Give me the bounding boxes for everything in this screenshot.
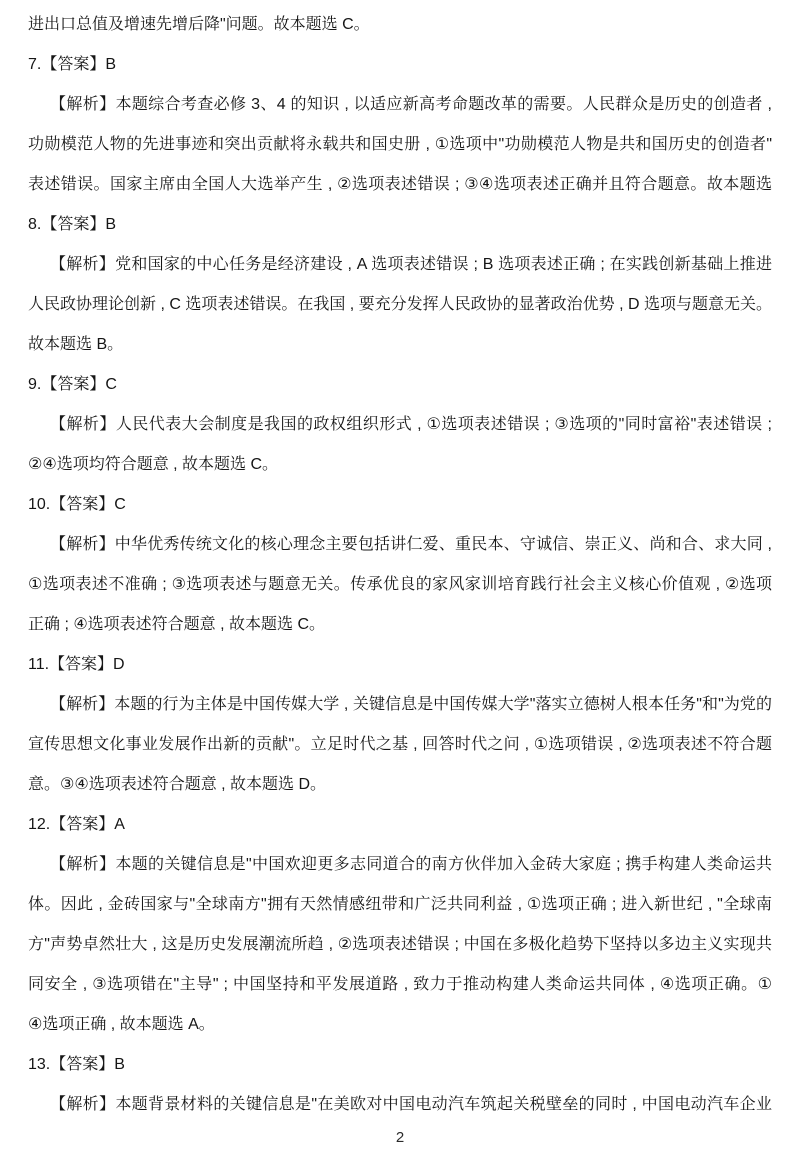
text-line: ④选项正确 , 故本题选 A。 <box>28 1005 772 1045</box>
text-line: ②④选项均符合题意 , 故本题选 C。 <box>28 445 772 485</box>
text-line: 意。③④选项表述符合题意 , 故本题选 D。 <box>28 765 772 805</box>
page-number: 2 <box>0 1124 800 1152</box>
answer-line: 9.【答案】C <box>28 365 772 405</box>
text-line: 进出口总值及增速先增后降"问题。故本题选 C。 <box>28 5 772 45</box>
answer-line: 7.【答案】B <box>28 45 772 85</box>
text-line: ①选项表述不准确 ; ③选项表述与题意无关。传承优良的家风家训培育践行社会主义核… <box>28 565 772 605</box>
text-line: 故本题选 B。 <box>28 325 772 365</box>
answer-line: 13.【答案】B <box>28 1045 772 1085</box>
analysis-line: 【解析】本题的关键信息是"中国欢迎更多志同道合的南方伙伴加入金砖大家庭 ; 携手… <box>28 845 772 885</box>
text-line: 正确 ; ④选项表述符合题意 , 故本题选 C。 <box>28 605 772 645</box>
answer-line: 10.【答案】C <box>28 485 772 525</box>
text-line: 表述错误。国家主席由全国人大选举产生 , ②选项表述错误 ; ③④选项表述正确并… <box>28 165 772 205</box>
text-line: 人民政协理论创新 , C 选项表述错误。在我国 , 要充分发挥人民政协的显著政治… <box>28 285 772 325</box>
analysis-line: 【解析】中华优秀传统文化的核心理念主要包括讲仁爱、重民本、守诚信、崇正义、尚和合… <box>28 525 772 565</box>
analysis-line: 【解析】本题综合考查必修 3、4 的知识 , 以适应新高考命题改革的需要。人民群… <box>28 85 772 125</box>
text-line: 宣传思想文化事业发展作出新的贡献"。立足时代之基 , 回答时代之问 , ①选项错… <box>28 725 772 765</box>
answer-explanation-page: 进出口总值及增速先增后降"问题。故本题选 C。 7.【答案】B 【解析】本题综合… <box>28 5 772 1125</box>
text-line: 方"声势卓然壮大 , 这是历史发展潮流所趋 , ②选项表述错误 ; 中国在多极化… <box>28 925 772 965</box>
answer-line: 11.【答案】D <box>28 645 772 685</box>
text-line: 同安全 , ③选项错在"主导" ; 中国坚持和平发展道路 , 致力于推动构建人类… <box>28 965 772 1005</box>
analysis-line: 【解析】本题背景材料的关键信息是"在美欧对中国电动汽车筑起关税壁垒的同时 , 中… <box>28 1085 772 1125</box>
answer-line: 12.【答案】A <box>28 805 772 845</box>
analysis-line: 【解析】党和国家的中心任务是经济建设 , A 选项表述错误 ; B 选项表述正确… <box>28 245 772 285</box>
text-line: 体。因此 , 金砖国家与"全球南方"拥有天然情感纽带和广泛共同利益 , ①选项正… <box>28 885 772 925</box>
analysis-line: 【解析】人民代表大会制度是我国的政权组织形式 , ①选项表述错误 ; ③选项的"… <box>28 405 772 445</box>
text-line: 功勋模范人物的先进事迹和突出贡献将永载共和国史册 , ①选项中"功勋模范人物是共… <box>28 125 772 165</box>
analysis-line: 【解析】本题的行为主体是中国传媒大学 , 关键信息是中国传媒大学"落实立德树人根… <box>28 685 772 725</box>
answer-line: 8.【答案】B <box>28 205 772 245</box>
